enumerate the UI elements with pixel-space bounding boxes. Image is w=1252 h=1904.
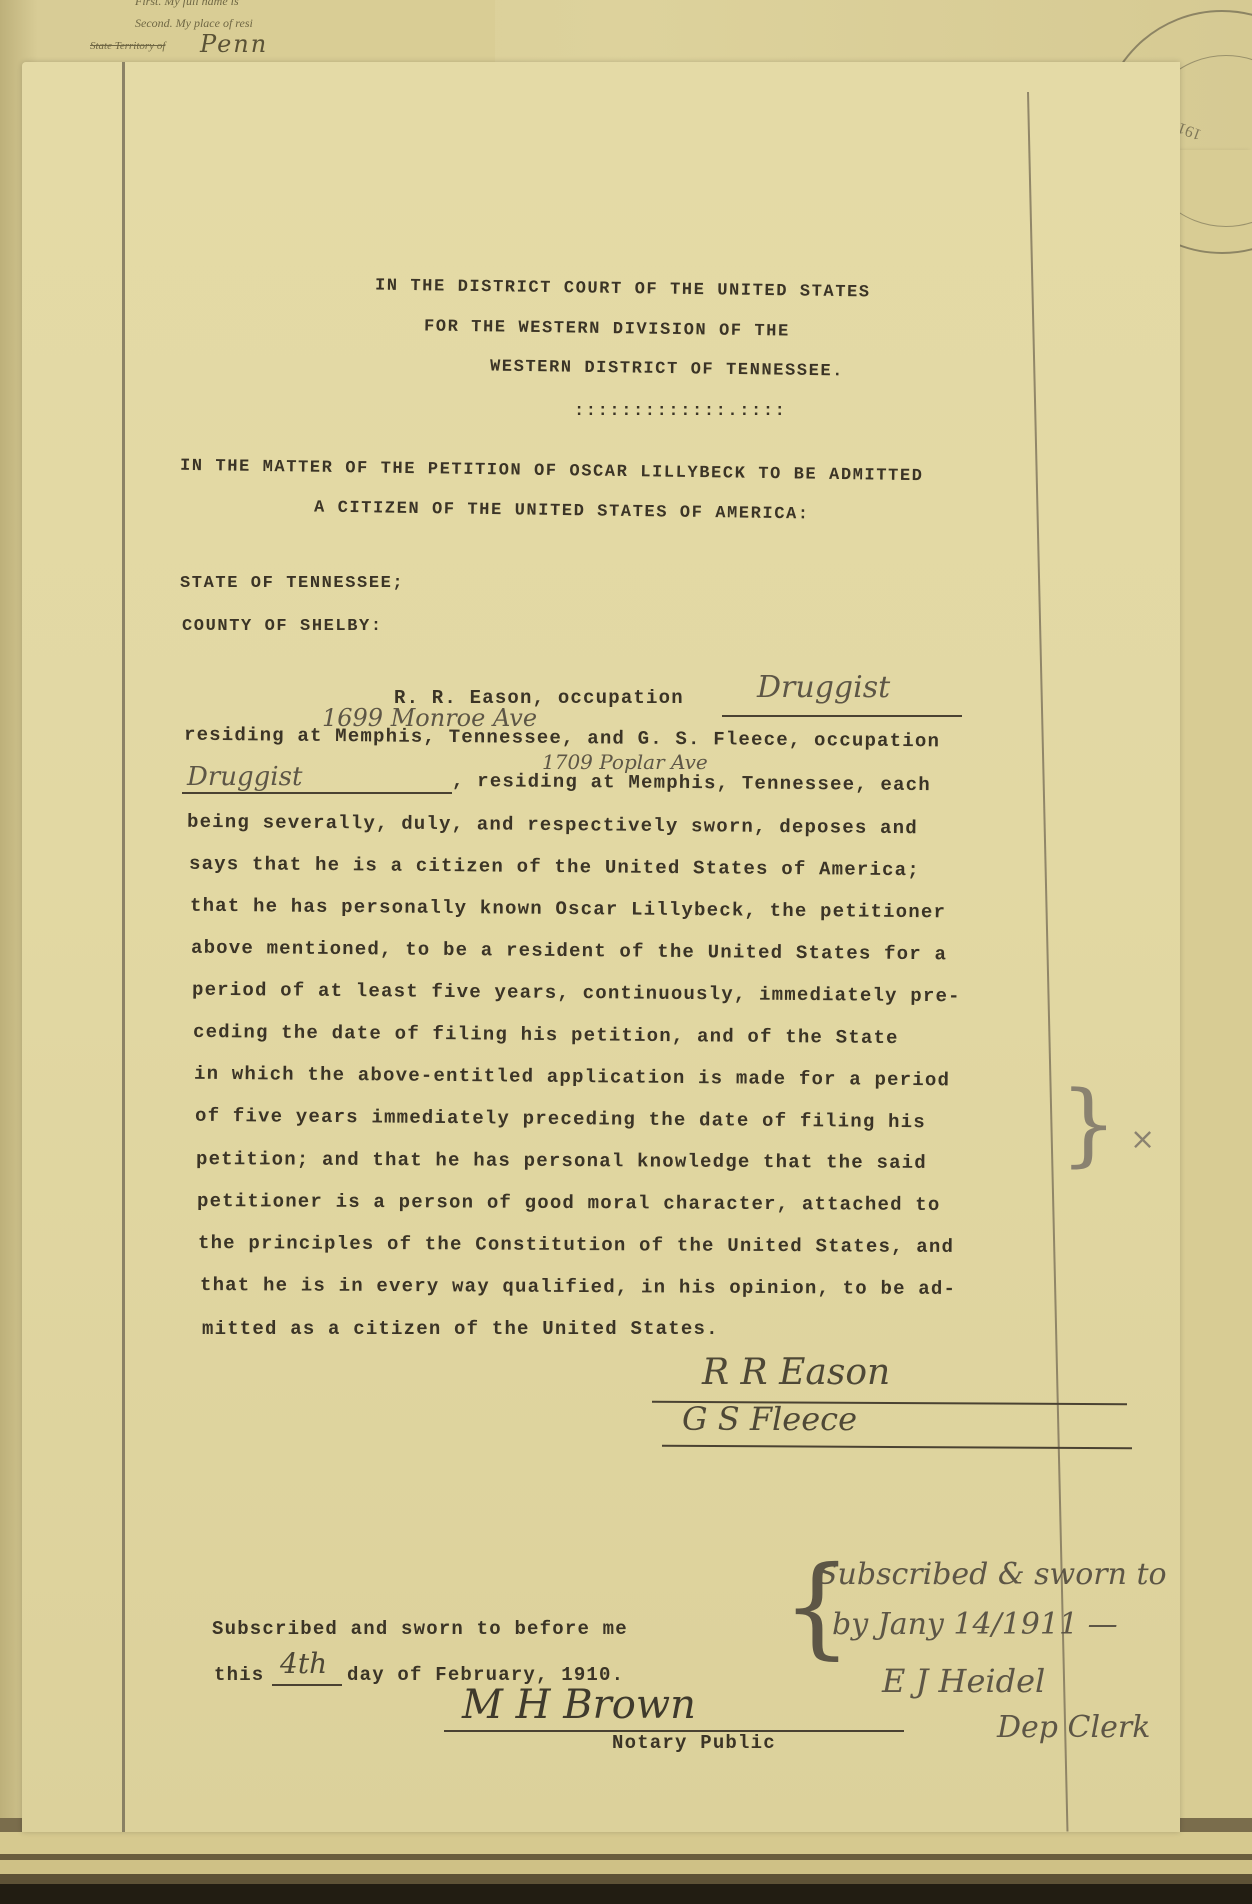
- header-separator: :::::::::::::.::::: [574, 402, 786, 421]
- clerk-note-line2: by Jany 14/1911 —: [832, 1607, 1118, 1642]
- signature-fleece: G S Fleece: [682, 1400, 857, 1438]
- matter-title-line2: A CITIZEN OF THE UNITED STATES OF AMERIC…: [314, 499, 810, 525]
- body-line: petitioner is a person of good moral cha…: [197, 1190, 941, 1216]
- form-line-state: State Territory of: [90, 40, 165, 52]
- body-line: mitted as a citizen of the United States…: [202, 1318, 719, 1340]
- body-line: ceding the date of filing his petition, …: [193, 1021, 899, 1049]
- court-header-line2: FOR THE WESTERN DIVISION OF THE: [424, 317, 790, 341]
- court-header-line3: WESTERN DISTRICT OF TENNESSEE.: [490, 358, 844, 382]
- affidavit-page: IN THE DISTRICT COURT OF THE UNITED STAT…: [22, 62, 1180, 1832]
- court-header-line1: IN THE DISTRICT COURT OF THE UNITED STAT…: [375, 277, 871, 303]
- pencil-x-mark: ×: [1130, 1122, 1155, 1157]
- body-line: residing at Memphis, Tennessee, and G. S…: [184, 724, 940, 753]
- form-line-first: First. My full name is: [135, 0, 239, 9]
- form-line-second: Second. My place of resi: [135, 16, 253, 31]
- table-surface: [0, 1884, 1252, 1904]
- handwritten-day: 4th: [280, 1647, 327, 1680]
- notary-signature: M H Brown: [462, 1682, 696, 1728]
- occupation-blank-1: [722, 715, 962, 717]
- pencil-brace-mark: }: [1060, 1072, 1117, 1177]
- signature-eason: R R Eason: [702, 1352, 890, 1393]
- matter-title-line1: IN THE MATTER OF THE PETITION OF OSCAR L…: [180, 457, 924, 486]
- body-line: petition; and that he has personal knowl…: [196, 1148, 927, 1174]
- page-edge: [0, 1860, 1252, 1874]
- jurat-this: this: [214, 1664, 264, 1686]
- body-line: of five years immediately preceding the …: [195, 1105, 926, 1133]
- signature-line-2: [662, 1445, 1132, 1449]
- jurat-line1: Subscribed and sworn to before me: [212, 1618, 628, 1640]
- body-line: that he has personally known Oscar Lilly…: [190, 895, 946, 924]
- clerk-title: Dep Clerk: [997, 1710, 1150, 1745]
- page-edge: [0, 1832, 1252, 1854]
- body-line: being severally, duly, and respectively …: [187, 811, 918, 839]
- clerk-note-line1: Subscribed & sworn to: [817, 1557, 1167, 1592]
- handwritten-occupation-eason: Druggist: [757, 670, 890, 705]
- venue-county: COUNTY OF SHELBY:: [182, 617, 383, 636]
- underlying-form-strip: First. My full name is Second. My place …: [90, 0, 495, 70]
- body-line: that he is in every way qualified, in hi…: [200, 1274, 956, 1300]
- body-line: in which the above-entitled application …: [194, 1063, 950, 1092]
- clerk-signature: E J Heidel: [882, 1662, 1045, 1700]
- body-line: the principles of the Constitution of th…: [198, 1232, 954, 1258]
- body-line: period of at least five years, continuou…: [192, 979, 961, 1008]
- body-line: , residing at Memphis, Tennessee, each: [452, 770, 931, 796]
- day-blank: [272, 1684, 342, 1686]
- page-edge-shadow: [0, 1874, 1252, 1884]
- body-line: above mentioned, to be a resident of the…: [191, 937, 947, 966]
- body-line: says that he is a citizen of the United …: [189, 853, 920, 881]
- left-margin-rule: [122, 62, 125, 1832]
- handwritten-occupation-fleece: Druggist: [187, 762, 302, 792]
- form-handwritten-state: Penn: [200, 30, 268, 58]
- notary-title: Notary Public: [612, 1732, 776, 1754]
- venue-state: STATE OF TENNESSEE;: [180, 574, 404, 593]
- occupation-blank-2: [182, 792, 452, 794]
